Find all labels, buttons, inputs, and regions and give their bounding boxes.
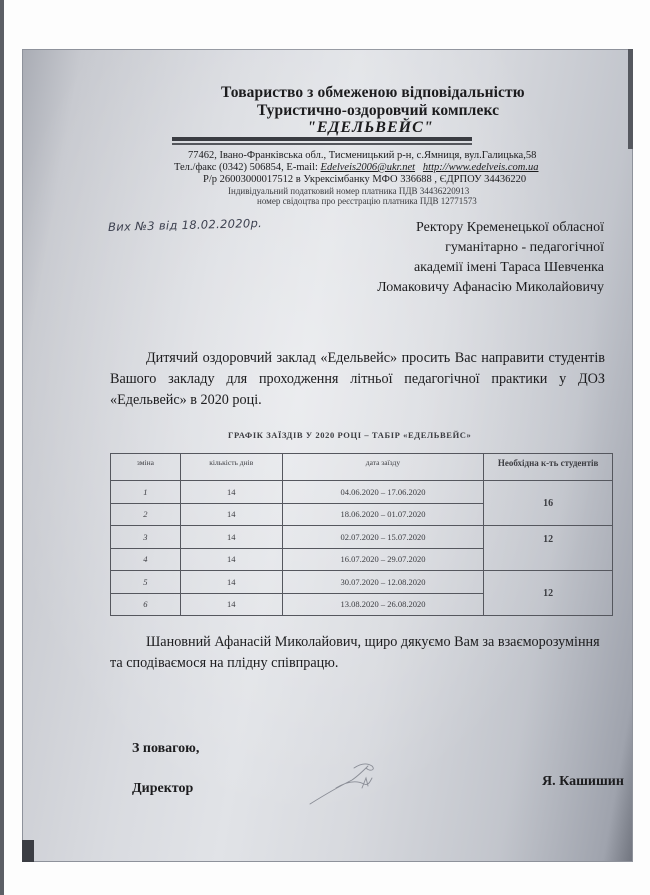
addressee-line-2: гуманітарно - педагогічної — [445, 240, 604, 256]
letterhead-contacts: Тел./факс (0342) 506854, E-mail: Edelvei… — [174, 162, 539, 173]
header-students-needed: Необхідна к-ть студентів — [484, 454, 613, 481]
header-arrival-dates: дата заїзду — [282, 454, 484, 481]
cell-dates: 16.07.2020 – 29.07.2020 — [282, 548, 484, 571]
cell-shift: 2 — [111, 503, 181, 526]
signature-icon — [306, 758, 396, 808]
closing-regards: З повагою, — [132, 741, 199, 757]
header-shift: зміна — [111, 454, 181, 481]
addressee-line-1: Ректору Кременецької обласної — [416, 220, 604, 236]
cell-days: 14 — [180, 571, 282, 594]
signatory-position: Директор — [132, 781, 193, 797]
cell-days: 14 — [180, 503, 282, 526]
table-row: 5 14 30.07.2020 – 12.08.2020 12 — [111, 571, 613, 594]
cell-shift: 3 — [111, 526, 181, 549]
cell-days: 14 — [180, 481, 282, 504]
signatory-name: Я. Кашишин — [542, 774, 624, 790]
table-row: 1 14 04.06.2020 – 17.06.2020 16 — [111, 481, 613, 504]
website-link[interactable]: http://www.edelveis.com.ua — [423, 162, 539, 173]
letterhead-company-name: "ЕДЕЛЬВЕЙС" — [307, 119, 434, 137]
cell-shift: 5 — [111, 571, 181, 594]
letterhead-bank-details: Р/р 26003000017512 в Укрексімбанку МФО 3… — [203, 174, 526, 185]
thanks-paragraph: Шановний Афанасій Миколайович, щиро дяку… — [110, 632, 615, 674]
cell-dates: 30.07.2020 – 12.08.2020 — [282, 571, 484, 594]
cell-days: 14 — [180, 593, 282, 616]
contacts-phone: Тел./факс (0342) 506854, E-mail: — [174, 162, 321, 173]
cell-dates: 04.06.2020 – 17.06.2020 — [282, 481, 484, 504]
addressee-line-4: Ломаковичу Афанасію Миколайовичу — [377, 280, 604, 296]
schedule-title: ГРАФІК ЗАЇЗДІВ У 2020 РОЦІ – ТАБІР «ЕДЕЛ… — [228, 430, 471, 440]
letterhead-vat-cert: номер свідоцтва про реєстрацію платника … — [257, 196, 477, 206]
letterhead-tax-id: Індивідуальний податковий номер платника… — [228, 186, 469, 196]
cell-shift: 4 — [111, 548, 181, 571]
scan-right-edge — [628, 49, 633, 149]
cell-dates: 02.07.2020 – 15.07.2020 — [282, 526, 484, 549]
addressee-line-3: академії імені Тараса Шевченка — [414, 260, 604, 276]
letterhead-rule-thin — [172, 143, 472, 145]
cell-shift: 1 — [111, 481, 181, 504]
cell-students-needed: 16 — [484, 481, 613, 526]
cell-dates: 18.06.2020 – 01.07.2020 — [282, 503, 484, 526]
cell-days: 14 — [180, 526, 282, 549]
cell-students-needed: 12 — [484, 571, 613, 616]
email-link[interactable]: Edelveis2006@ukr.net — [321, 162, 416, 173]
schedule-table: зміна кількість днів дата заїзду Необхід… — [110, 453, 613, 616]
letterhead-rule — [172, 137, 472, 141]
scan-corner-shadow — [22, 840, 34, 862]
table-header-row: зміна кількість днів дата заїзду Необхід… — [111, 454, 613, 481]
cell-shift: 6 — [111, 593, 181, 616]
letterhead-address: 77462, Івано-Франківська обл., Тисмениць… — [188, 150, 536, 161]
letterhead-company-kind: Туристично-оздоровчий комплекс — [257, 102, 499, 120]
cell-students-needed: 12 — [484, 526, 613, 571]
request-paragraph: Дитячий оздоровчий заклад «Едельвейс» пр… — [110, 348, 605, 411]
letterhead-company-type: Товариство з обмеженою відповідальністю — [221, 84, 525, 102]
table-row: 3 14 02.07.2020 – 15.07.2020 12 — [111, 526, 613, 549]
header-days: кількість днів — [180, 454, 282, 481]
cell-dates: 13.08.2020 – 26.08.2020 — [282, 593, 484, 616]
cell-days: 14 — [180, 548, 282, 571]
scan-left-edge — [0, 0, 4, 895]
